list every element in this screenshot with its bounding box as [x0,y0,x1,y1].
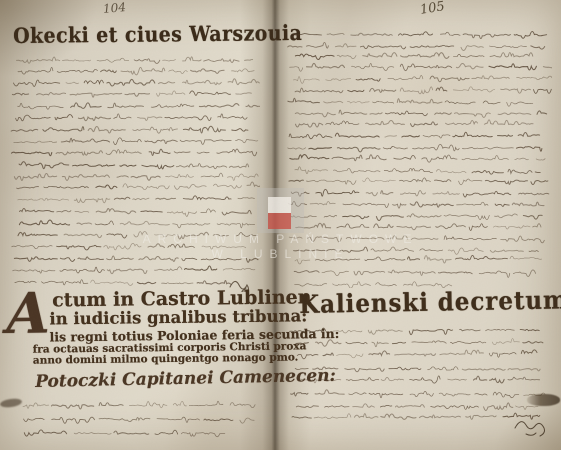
handwriting-text-right-bottom [288,323,550,423]
manuscript-scan: 104 Okecki et ciues Warszouia A ctum in … [0,0,561,450]
actum-initial-letter: A [6,285,50,342]
page-number-left: 104 [102,0,126,16]
handwriting-text-left-top [10,53,260,286]
page-number-right: 105 [419,0,446,18]
heading-kalienski: Kalienski decretum [299,285,561,319]
actum-line: anno domini milmo quingentgo nonago pmo. [33,351,299,366]
handwriting-text-right-top [286,27,552,288]
signature-flourish [512,416,550,438]
handwriting-text-left-bottom [20,397,257,439]
ink-smudge [527,394,560,406]
actum-line: in iudiciis gnalibus tribuna: [49,306,307,328]
heading-okecki: Okecki et ciues Warszouia [13,20,302,48]
